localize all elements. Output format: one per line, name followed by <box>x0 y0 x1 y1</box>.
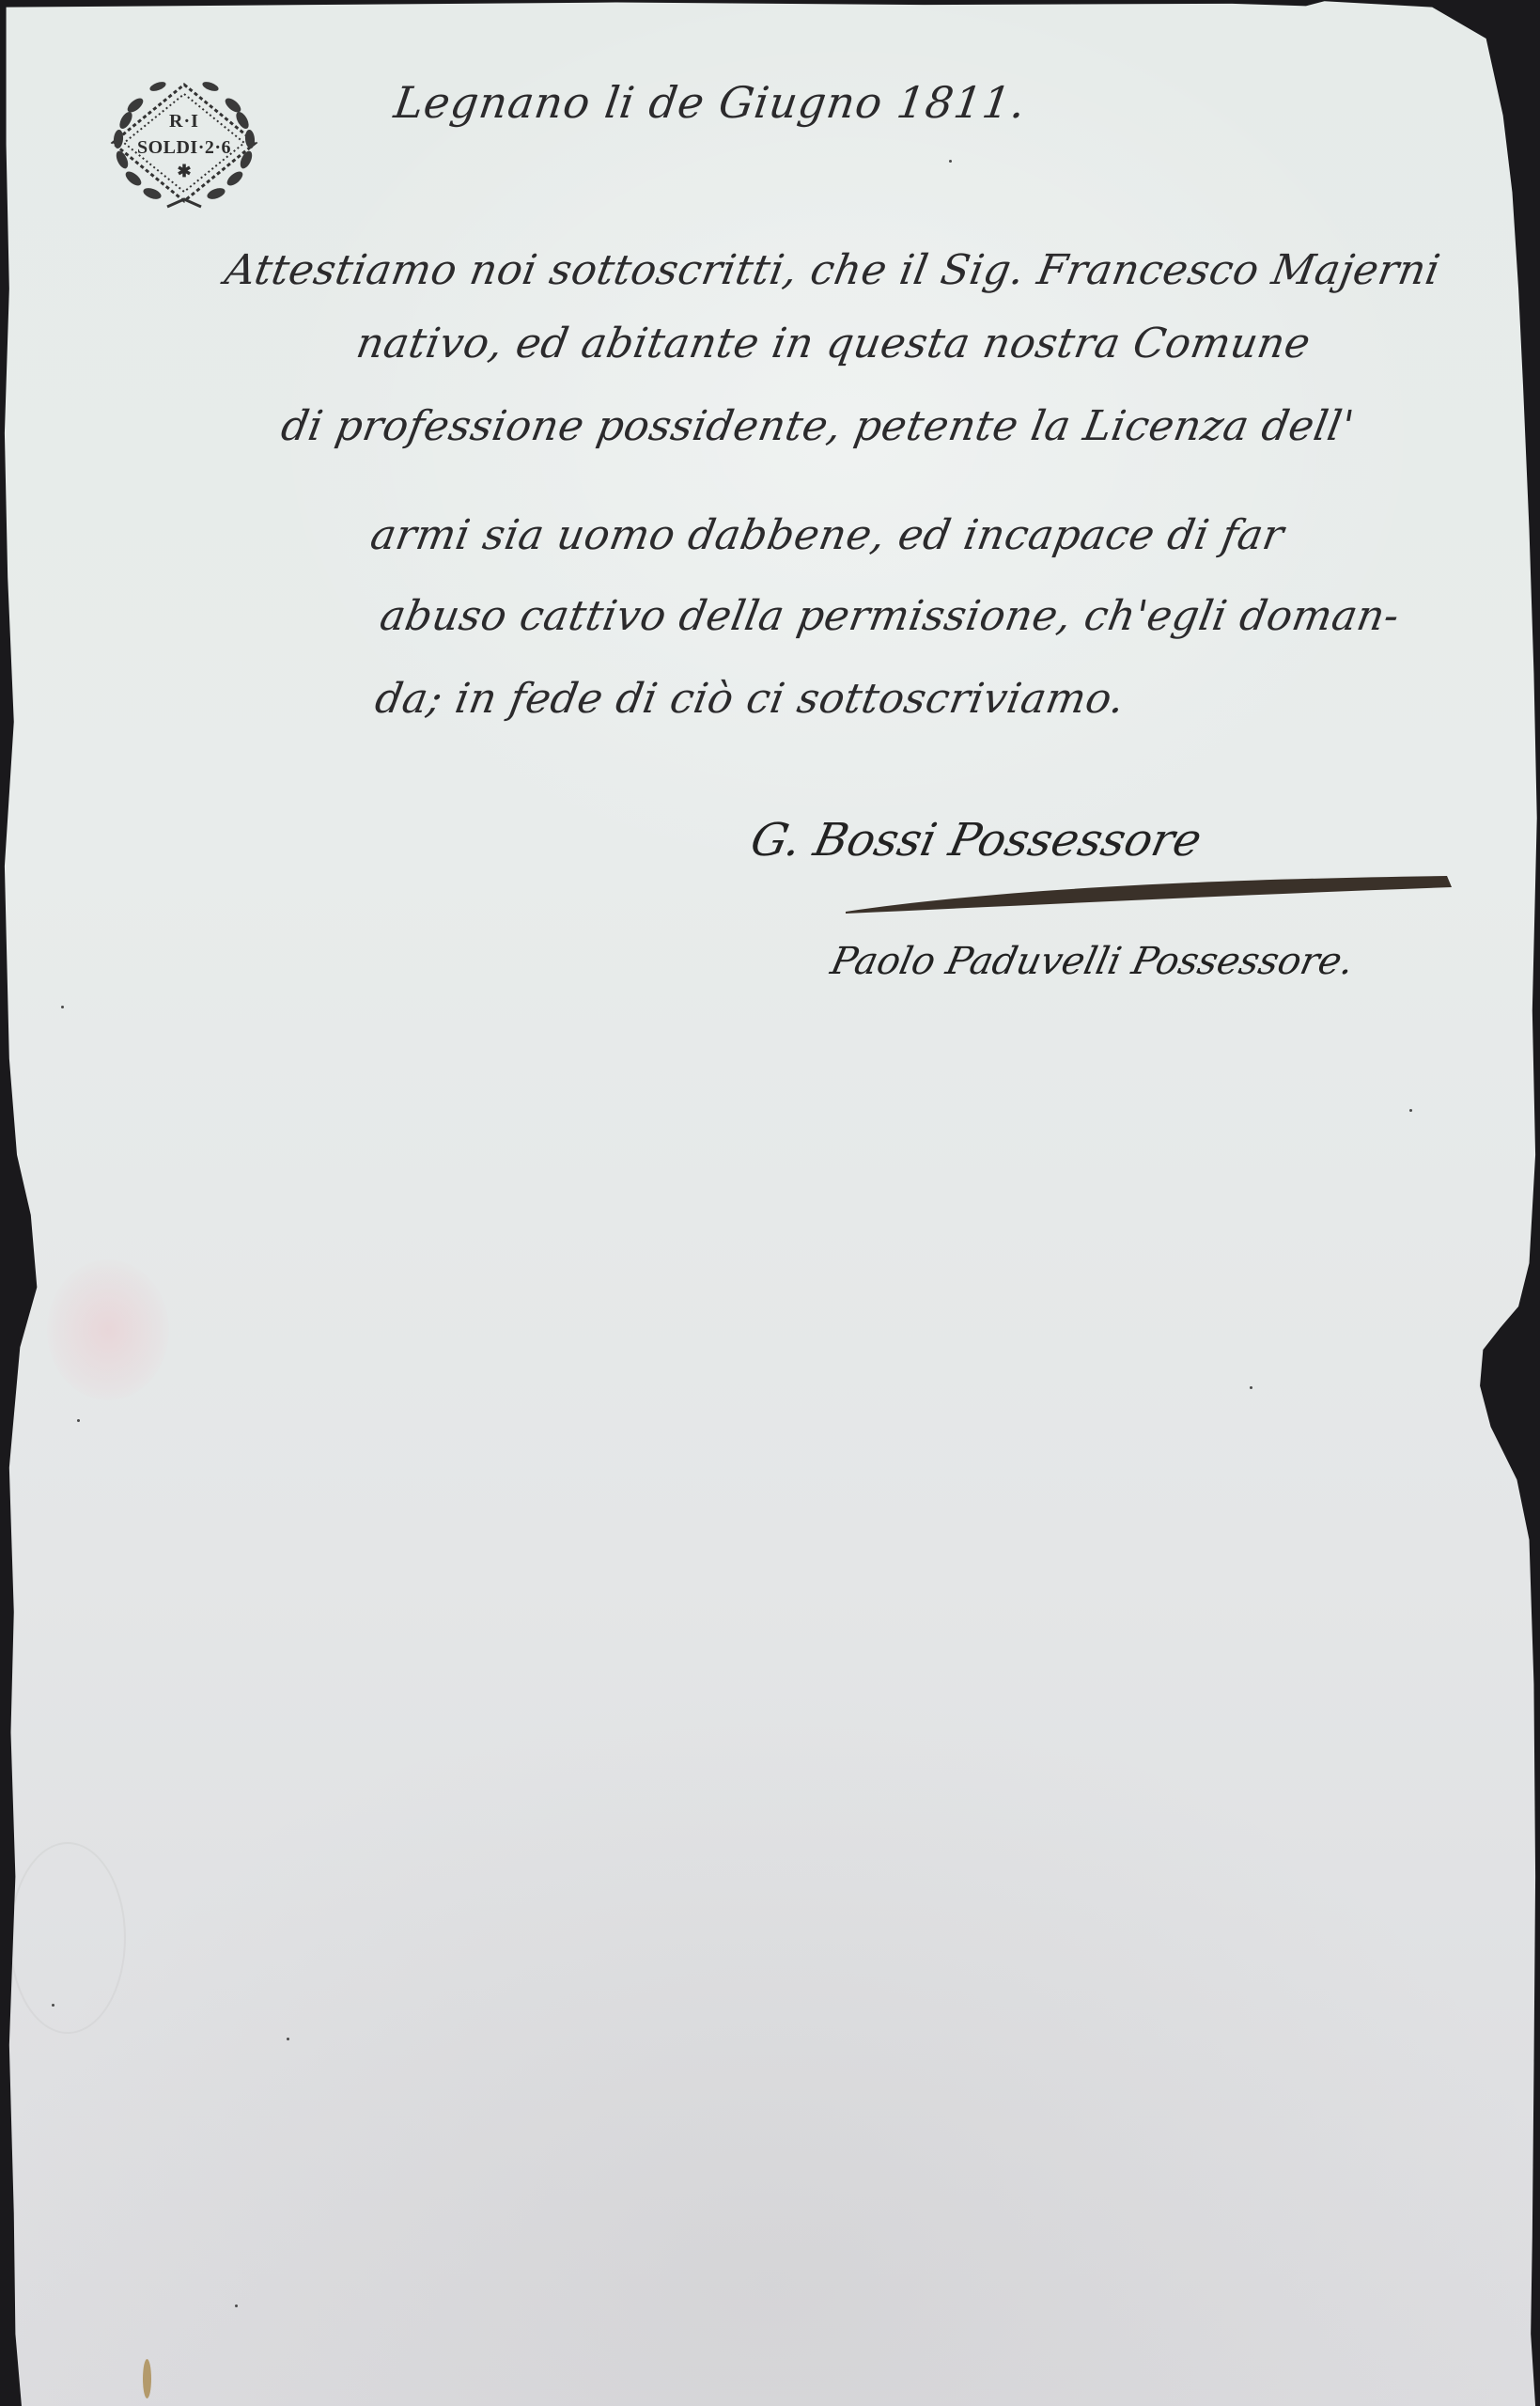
ink-speck <box>77 1419 80 1422</box>
paper-sheet: R·I SOLDI·2·6 ✱ Legnano li de Giugno 181… <box>0 0 1540 2406</box>
ink-speck <box>52 2004 54 2007</box>
date-line: Legnano li de Giugno 1811. <box>391 77 1029 128</box>
star-icon: ✱ <box>101 162 267 181</box>
paper-watermark <box>9 1842 126 2034</box>
stamp-line-2: SOLDI·2·6 <box>101 137 267 159</box>
signature-flourish-icon <box>846 863 1456 919</box>
body-line-3: di professione possidente, petente la Li… <box>278 402 1358 450</box>
ink-speck <box>61 1006 64 1008</box>
pink-stain <box>47 1259 169 1400</box>
body-line-1: Attestiamo noi sottoscritti, che il Sig.… <box>222 246 1444 294</box>
ink-speck <box>287 2038 289 2040</box>
body-line-4: armi sia uomo dabbene, ed incapace di fa… <box>367 511 1288 559</box>
scan-background: R·I SOLDI·2·6 ✱ Legnano li de Giugno 181… <box>0 0 1540 2406</box>
brown-stain <box>143 2359 151 2398</box>
body-line-6: da; in fede di ciò ci sottoscriviamo. <box>372 675 1129 723</box>
body-line-5: abuso cattivo della permissione, ch'egli… <box>377 592 1404 640</box>
ink-speck <box>235 2304 238 2307</box>
ink-speck <box>949 160 952 163</box>
body-line-2: nativo, ed abitante in questa nostra Com… <box>353 320 1314 367</box>
tax-stamp: R·I SOLDI·2·6 ✱ <box>101 68 267 218</box>
stamp-line-1: R·I <box>101 111 267 133</box>
signature-2: Paolo Paduvelli Possessore. <box>827 940 1358 983</box>
signature-1: G. Bossi Possessore <box>746 814 1206 867</box>
ink-speck <box>1409 1109 1412 1112</box>
ink-speck <box>1250 1386 1252 1389</box>
